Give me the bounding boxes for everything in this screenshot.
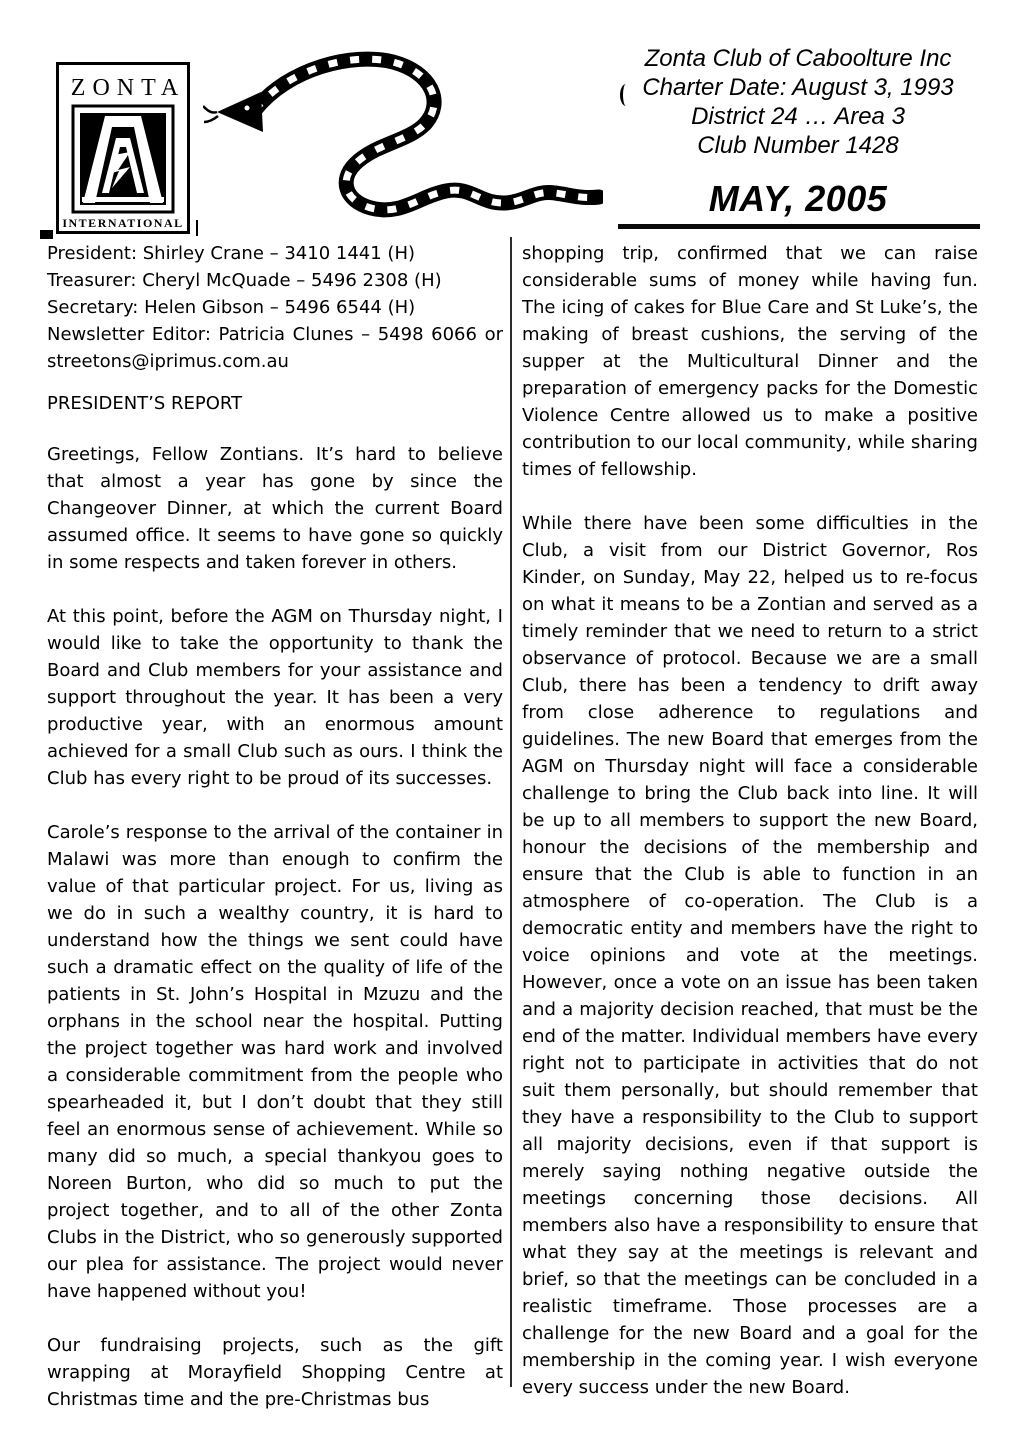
header-rule xyxy=(618,224,980,229)
section-heading-presidents-report: PRESIDENT’S REPORT xyxy=(47,390,503,417)
zonta-logo-subtitle: INTERNATIONAL xyxy=(62,216,183,230)
zonta-emblem-icon: ZONTA INTERNATIONAL xyxy=(56,62,190,234)
paragraph: Carole’s response to the arrival of the … xyxy=(47,819,503,1305)
scan-artifact-tick xyxy=(196,220,198,236)
contact-line-secretary: Secretary: Helen Gibson – 5496 6544 (H) xyxy=(47,294,503,321)
club-info-line-name: Zonta Club of Caboolture Inc xyxy=(613,44,983,73)
club-info-line-number: Club Number 1428 xyxy=(613,131,983,160)
left-column: President: Shirley Crane – 3410 1441 (H)… xyxy=(47,240,503,1413)
contact-line-treasurer: Treasurer: Cheryl McQuade – 5496 2308 (H… xyxy=(47,267,503,294)
issue-title: MAY, 2005 xyxy=(613,178,983,220)
contact-line-president: President: Shirley Crane – 3410 1441 (H) xyxy=(47,240,503,267)
zonta-logo: ZONTA INTERNATIONAL xyxy=(56,62,190,234)
contact-line-editor: Newsletter Editor: Patricia Clunes – 549… xyxy=(47,321,503,375)
paragraph: Greetings, Fellow Zontians. It’s hard to… xyxy=(47,441,503,576)
scan-artifact-square xyxy=(40,230,53,239)
paragraph: While there have been some difficulties … xyxy=(522,510,978,1401)
zonta-logo-title: ZONTA xyxy=(71,75,185,101)
newsletter-page: ZONTA INTERNATIONAL Zonta Club of Cabool… xyxy=(0,0,1020,1443)
contact-block: President: Shirley Crane – 3410 1441 (H)… xyxy=(47,240,503,375)
club-info: Zonta Club of Caboolture Inc Charter Dat… xyxy=(613,44,983,160)
paragraph: shopping trip, confirmed that we can rai… xyxy=(522,240,978,483)
paragraph: At this point, before the AGM on Thursda… xyxy=(47,603,503,792)
snake-icon xyxy=(203,46,603,228)
paragraph: Our fundraising projects, such as the gi… xyxy=(47,1332,503,1413)
scan-artifact-paren xyxy=(620,84,632,106)
club-info-line-charter: Charter Date: August 3, 1993 xyxy=(613,73,983,102)
right-column: shopping trip, confirmed that we can rai… xyxy=(522,240,978,1401)
club-info-line-district: District 24 … Area 3 xyxy=(613,102,983,131)
column-divider xyxy=(510,237,512,1387)
